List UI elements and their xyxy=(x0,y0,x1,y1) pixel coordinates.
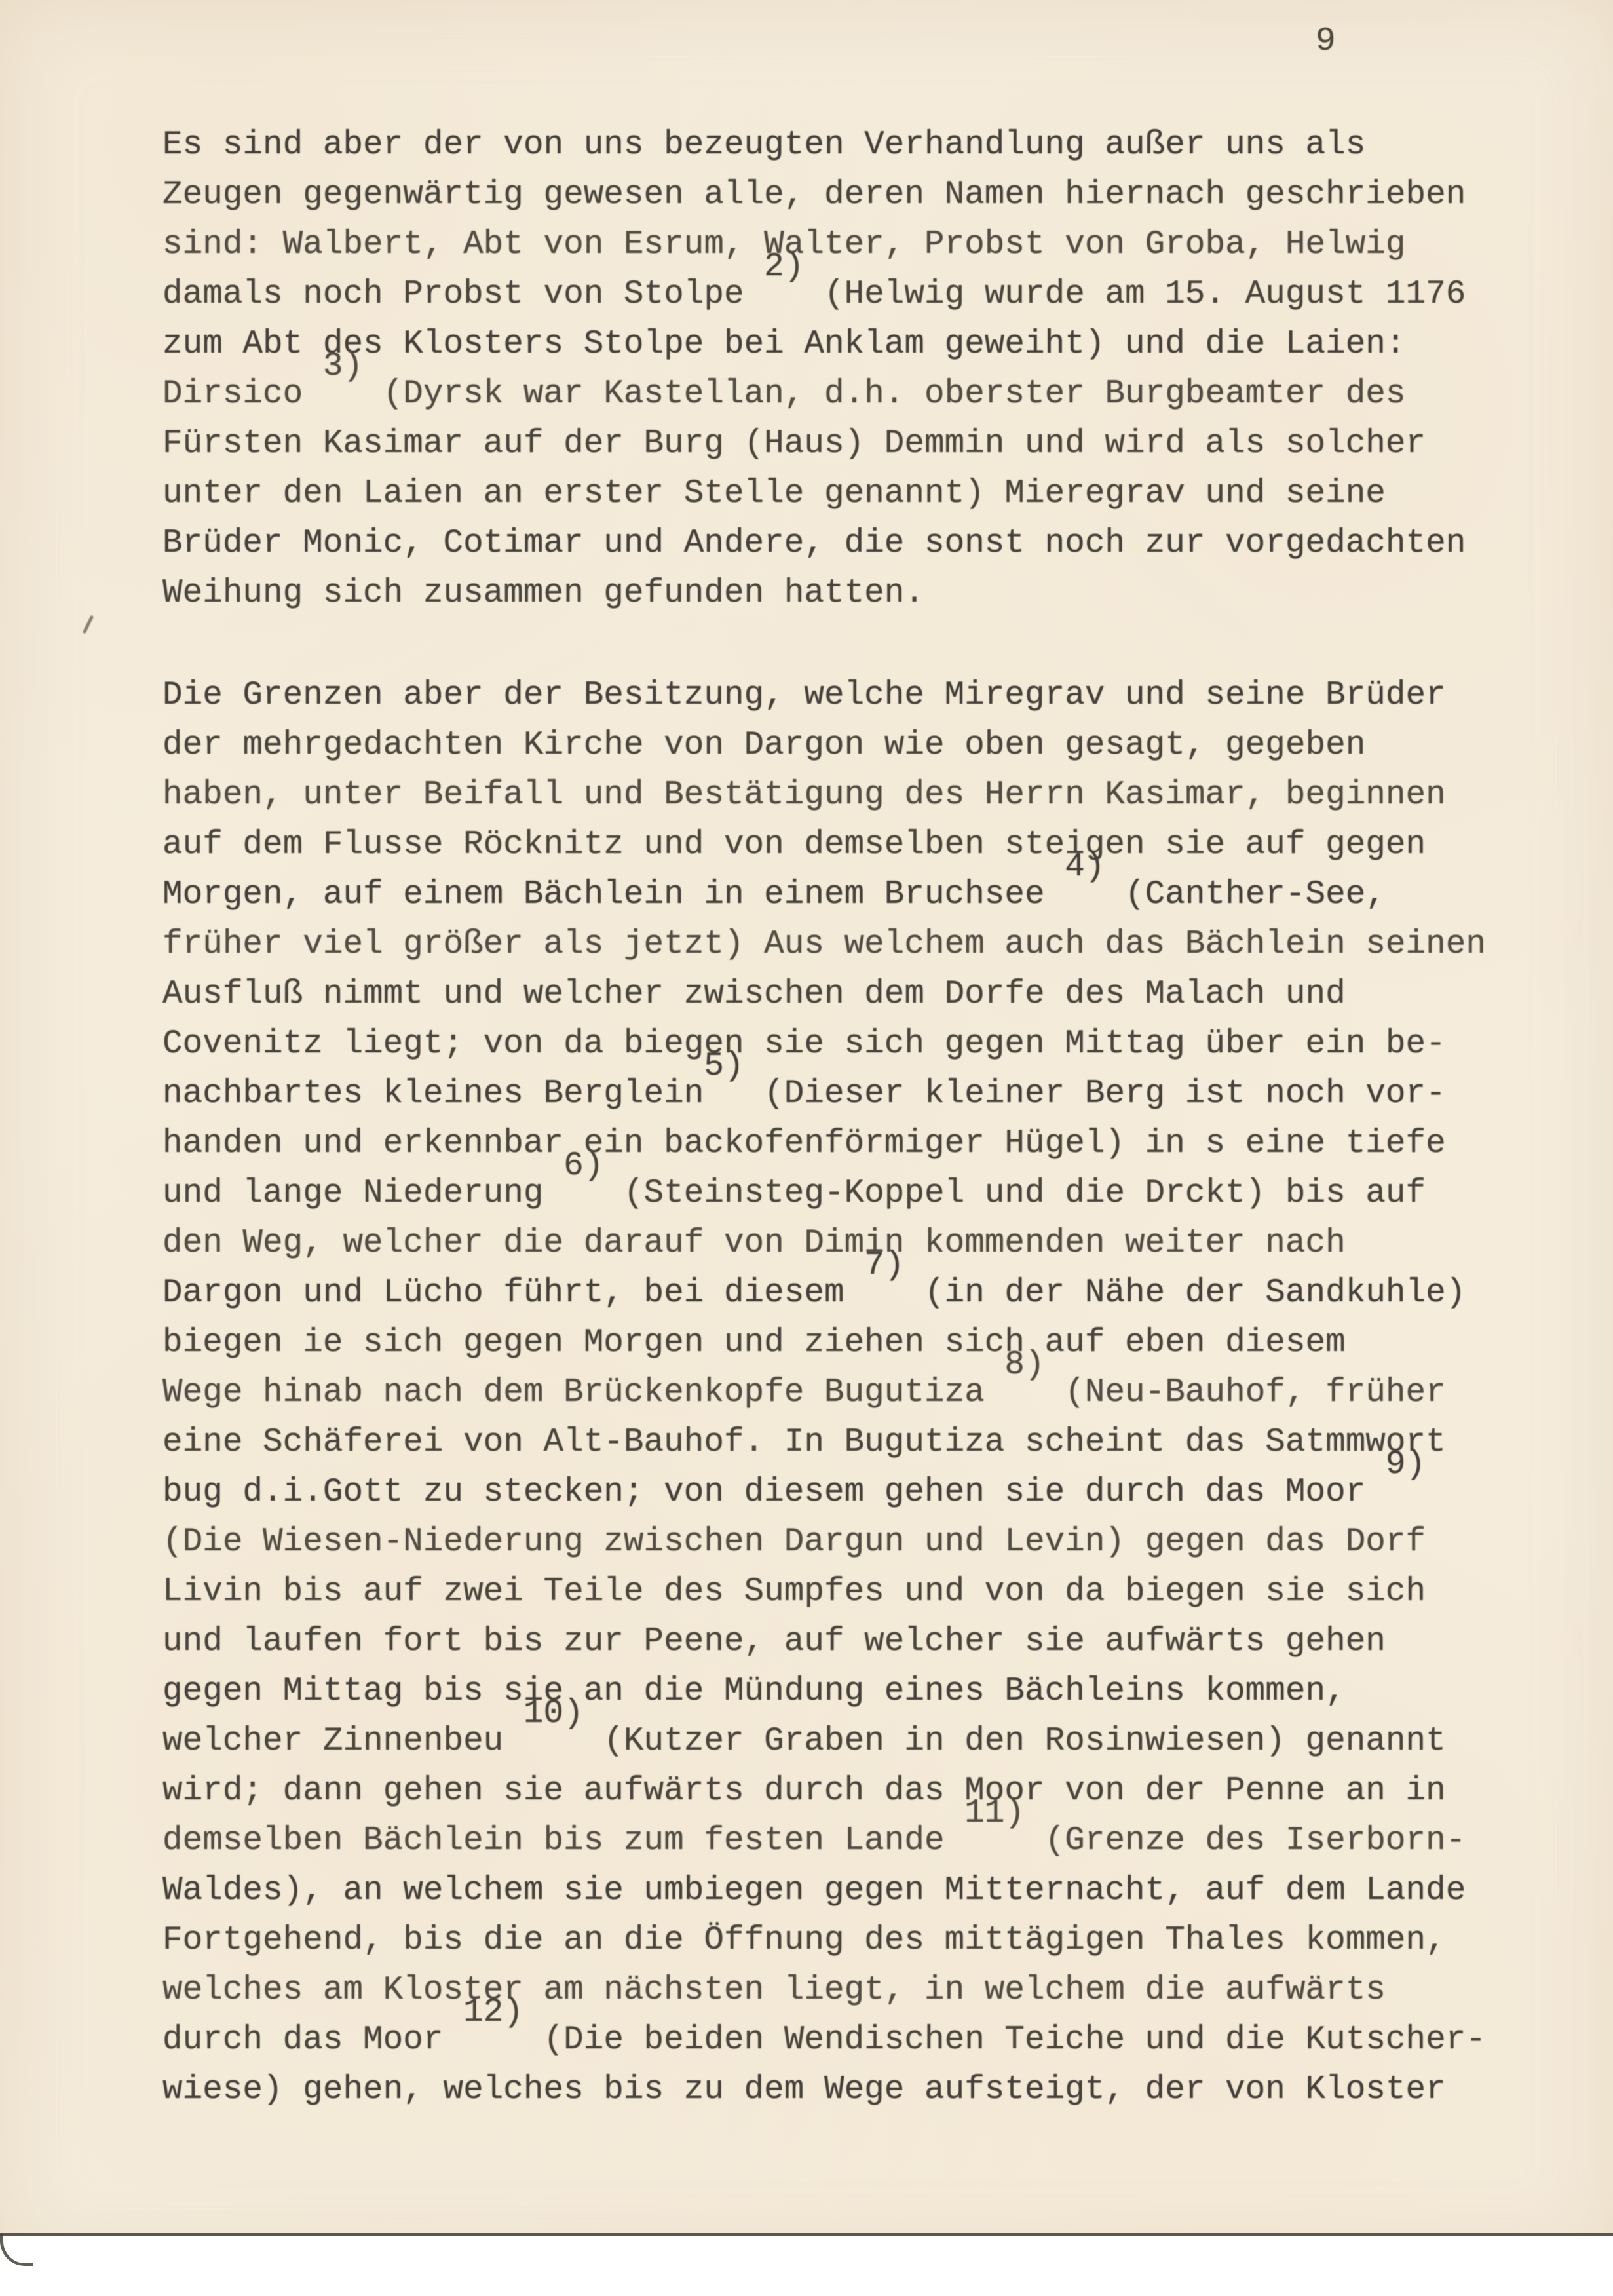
footnote-reference: 9) xyxy=(1386,1446,1426,1483)
text-line: damals noch Probst von Stolpe 2) (Helwig… xyxy=(162,270,1565,320)
footnote-reference: 12) xyxy=(463,1994,523,2031)
scan-edge-strip xyxy=(0,2233,1613,2266)
footnote-reference: 2) xyxy=(764,248,804,286)
text-line: Fürsten Kasimar auf der Burg (Haus) Demm… xyxy=(162,419,1565,469)
text-line: Ausfluß nimmt und welcher zwischen dem D… xyxy=(162,970,1565,1020)
text-line: Brüder Monic, Cotimar und Andere, die so… xyxy=(162,519,1565,569)
text-line: durch das Moor 12) (Die beiden Wendische… xyxy=(162,2016,1565,2065)
text-line: Covenitz liegt; von da biegen sie sich g… xyxy=(162,1020,1565,1069)
text-line: demselben Bächlein bis zum festen Lande … xyxy=(162,1816,1565,1866)
footnote-reference: 8) xyxy=(1004,1347,1044,1384)
document-page: 9 Es sind aber der von uns bezeugten Ver… xyxy=(0,0,1613,2266)
text-line: auf dem Flusse Röcknitz und von demselbe… xyxy=(162,820,1565,870)
text-line: wiese) gehen, welches bis zu dem Wege au… xyxy=(162,2065,1565,2115)
text-line: Wege hinab nach dem Brückenkopfe Bugutiz… xyxy=(162,1368,1565,1418)
text-line: haben, unter Beifall und Bestätigung des… xyxy=(162,771,1565,820)
text-line: Die Grenzen aber der Besitzung, welche M… xyxy=(162,671,1565,721)
text-line: sind: Walbert, Abt von Esrum, Walter, Pr… xyxy=(162,220,1565,270)
text-line: der mehrgedachten Kirche von Dargon wie … xyxy=(162,721,1565,771)
text-line: wird; dann gehen sie aufwärts durch das … xyxy=(162,1767,1565,1816)
text-line: Dirsico 3) (Dyrsk war Kastellan, d.h. ob… xyxy=(162,370,1565,419)
text-line: Morgen, auf einem Bächlein in einem Bruc… xyxy=(162,870,1565,920)
text-line: Zeugen gegenwärtig gewesen alle, deren N… xyxy=(162,170,1565,220)
text-line: Es sind aber der von uns bezeugten Verha… xyxy=(162,121,1565,170)
text-line: eine Schäferei von Alt-Bauhof. In Buguti… xyxy=(162,1418,1565,1468)
text-line: den Weg, welcher die darauf von Dimin ko… xyxy=(162,1219,1565,1269)
text-line: unter den Laien an erster Stelle genannt… xyxy=(162,469,1565,519)
footnote-reference: 6) xyxy=(563,1147,603,1185)
ink-smudge-mark xyxy=(83,615,94,634)
footnote-reference: 5) xyxy=(704,1048,744,1085)
text-line: und lange Niederung 6) (Steinsteg-Koppel… xyxy=(162,1169,1565,1219)
text-line: und laufen fort bis zur Peene, auf welch… xyxy=(162,1617,1565,1667)
text-line: früher viel größer als jetzt) Aus welche… xyxy=(162,920,1565,970)
text-line: zum Abt des Klosters Stolpe bei Anklam g… xyxy=(162,320,1565,370)
text-line: bug d.i.Gott zu stecken; von diesem gehe… xyxy=(162,1468,1565,1518)
text-line: handen und erkennbar ein backofenförmige… xyxy=(162,1119,1565,1169)
text-line: nachbartes kleines Berglein5) (Dieser kl… xyxy=(162,1069,1565,1119)
text-line: gegen Mittag bis sie an die Mündung eine… xyxy=(162,1667,1565,1717)
footnote-reference: 10) xyxy=(523,1695,584,1732)
page-number: 9 xyxy=(1316,22,1336,62)
text-line: biegen ie sich gegen Morgen und ziehen s… xyxy=(162,1318,1565,1368)
text-line: Weihung sich zusammen gefunden hatten. xyxy=(162,569,1565,619)
text-line: welcher Zinnenbeu 10) (Kutzer Graben in … xyxy=(162,1717,1565,1767)
paragraph-witnesses: Es sind aber der von uns bezeugten Verha… xyxy=(162,121,1565,619)
paper-corner-edge xyxy=(0,2234,33,2266)
footnote-reference: 4) xyxy=(1065,849,1105,886)
text-line: Fortgehend, bis die an die Öffnung des m… xyxy=(162,1916,1565,1966)
text-line: Dargon und Lücho führt, bei diesem 7) (i… xyxy=(162,1269,1565,1318)
footnote-reference: 11) xyxy=(964,1795,1025,1832)
footnote-reference: 7) xyxy=(864,1247,904,1284)
paragraph-boundaries: Die Grenzen aber der Besitzung, welche M… xyxy=(162,671,1565,2115)
text-line: Livin bis auf zwei Teile des Sumpfes und… xyxy=(162,1567,1565,1617)
text-line: Waldes), an welchem sie umbiegen gegen M… xyxy=(162,1866,1565,1916)
text-line: (Die Wiesen-Niederung zwischen Dargun un… xyxy=(162,1518,1565,1567)
text-line: welches am Kloster am nächsten liegt, in… xyxy=(162,1966,1565,2016)
footnote-reference: 3) xyxy=(323,348,363,385)
